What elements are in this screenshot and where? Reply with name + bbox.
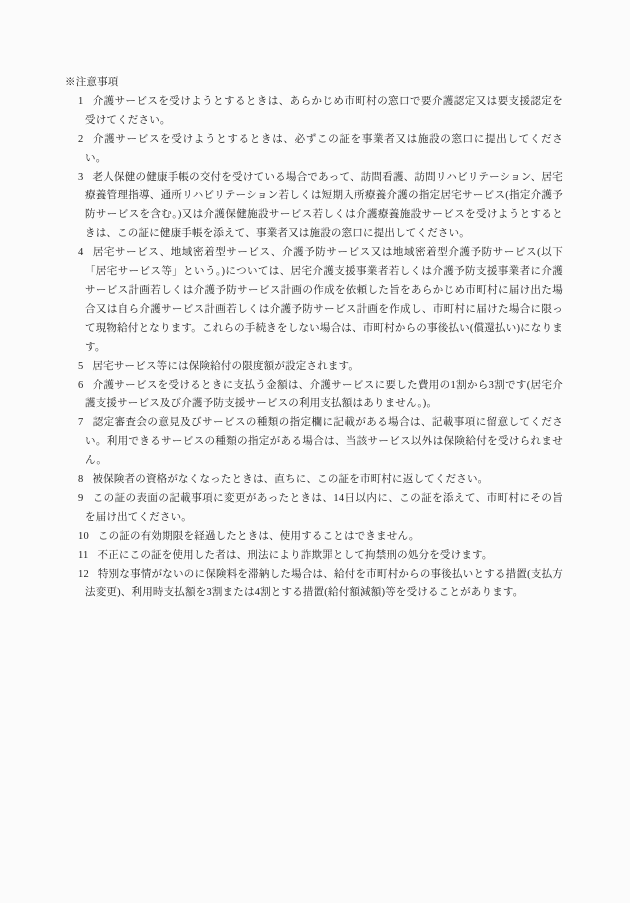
notice-item-5: 5居宅サービス等には保険給付の限度額が設定されます。 [65,358,563,377]
notice-heading: ※注意事項 [65,74,563,93]
notice-item-10-number: 10 [78,531,89,542]
notice-item-9-number: 9 [78,493,83,504]
notice-item-2-text: 介護サービスを受けようとするときは、必ずこの証を事業者又は施設の窓口に提出してく… [85,134,563,164]
notice-item-12-text: 特別な事情がないのに保険料を滞納した場合は、給付を市町村からの事後払いとする措置… [85,569,563,599]
notice-item-2-number: 2 [78,134,83,145]
notice-item-4-text: 居宅サービス、地域密着型サービス、介護予防サービス又は地域密着型介護予防サービス… [85,247,563,353]
notice-item-4: 4居宅サービス、地域密着型サービス、介護予防サービス又は地域密着型介護予防サービ… [65,244,563,357]
notice-item-7-text: 認定審査会の意見及びサービスの種類の指定欄に記載がある場合は、記載事項に留意して… [85,417,563,466]
notice-item-5-number: 5 [78,361,83,372]
notice-item-7: 7認定審査会の意見及びサービスの種類の指定欄に記載がある場合は、記載事項に留意し… [65,414,563,471]
notice-item-1: 1介護サービスを受けようとするときは、あらかじめ市町村の窓口で要介護認定又は要支… [65,93,563,131]
notice-item-11-text: 不正にこの証を使用した者は、刑法により詐欺罪として拘禁刑の処分を受けます。 [98,550,493,561]
notice-section: ※注意事項 1介護サービスを受けようとするときは、あらかじめ市町村の窓口で要介護… [65,74,563,603]
notice-item-12-number: 12 [78,569,89,580]
notice-item-8-number: 8 [78,474,83,485]
notice-item-3-text: 老人保健の健康手帳の交付を受けている場合であって、訪問看護、訪問リハビリテーショ… [85,172,563,240]
notice-item-11-number: 11 [78,550,89,561]
notice-item-9: 9この証の表面の記載事項に変更があったときは、14日以内に、この証を添えて、市町… [65,490,563,528]
notice-item-12: 12特別な事情がないのに保険料を滞納した場合は、給付を市町村からの事後払いとする… [65,566,563,604]
notice-item-8: 8被保険者の資格がなくなったときは、直ちに、この証を市町村に返してください。 [65,471,563,490]
notice-item-6-text: 介護サービスを受けるときに支払う金額は、介護サービスに要した費用の1割から3割で… [85,380,563,410]
notice-item-6-number: 6 [78,380,83,391]
notice-item-3: 3老人保健の健康手帳の交付を受けている場合であって、訪問看護、訪問リハビリテーシ… [65,169,563,245]
notice-item-8-text: 被保険者の資格がなくなったときは、直ちに、この証を市町村に返してください。 [92,474,488,485]
notice-item-11: 11不正にこの証を使用した者は、刑法により詐欺罪として拘禁刑の処分を受けます。 [65,547,563,566]
notice-item-2: 2介護サービスを受けようとするときは、必ずこの証を事業者又は施設の窓口に提出して… [65,131,563,169]
notice-item-1-number: 1 [78,96,83,107]
notice-item-1-text: 介護サービスを受けようとするときは、あらかじめ市町村の窓口で要介護認定又は要支援… [85,96,563,126]
notice-item-7-number: 7 [78,417,83,428]
notice-item-10-text: この証の有効期限を経過したときは、使用することはできません。 [98,531,420,542]
document-page: ※注意事項 1介護サービスを受けようとするときは、あらかじめ市町村の窓口で要介護… [0,0,630,903]
notice-item-5-text: 居宅サービス等には保険給付の限度額が設定されます。 [92,361,359,372]
notice-item-9-text: この証の表面の記載事項に変更があったときは、14日以内に、この証を添えて、市町村… [85,493,563,523]
notice-item-6: 6介護サービスを受けるときに支払う金額は、介護サービスに要した費用の1割から3割… [65,377,563,415]
notice-item-4-number: 4 [78,247,83,258]
notice-item-3-number: 3 [78,172,83,183]
notice-item-10: 10この証の有効期限を経過したときは、使用することはできません。 [65,528,563,547]
